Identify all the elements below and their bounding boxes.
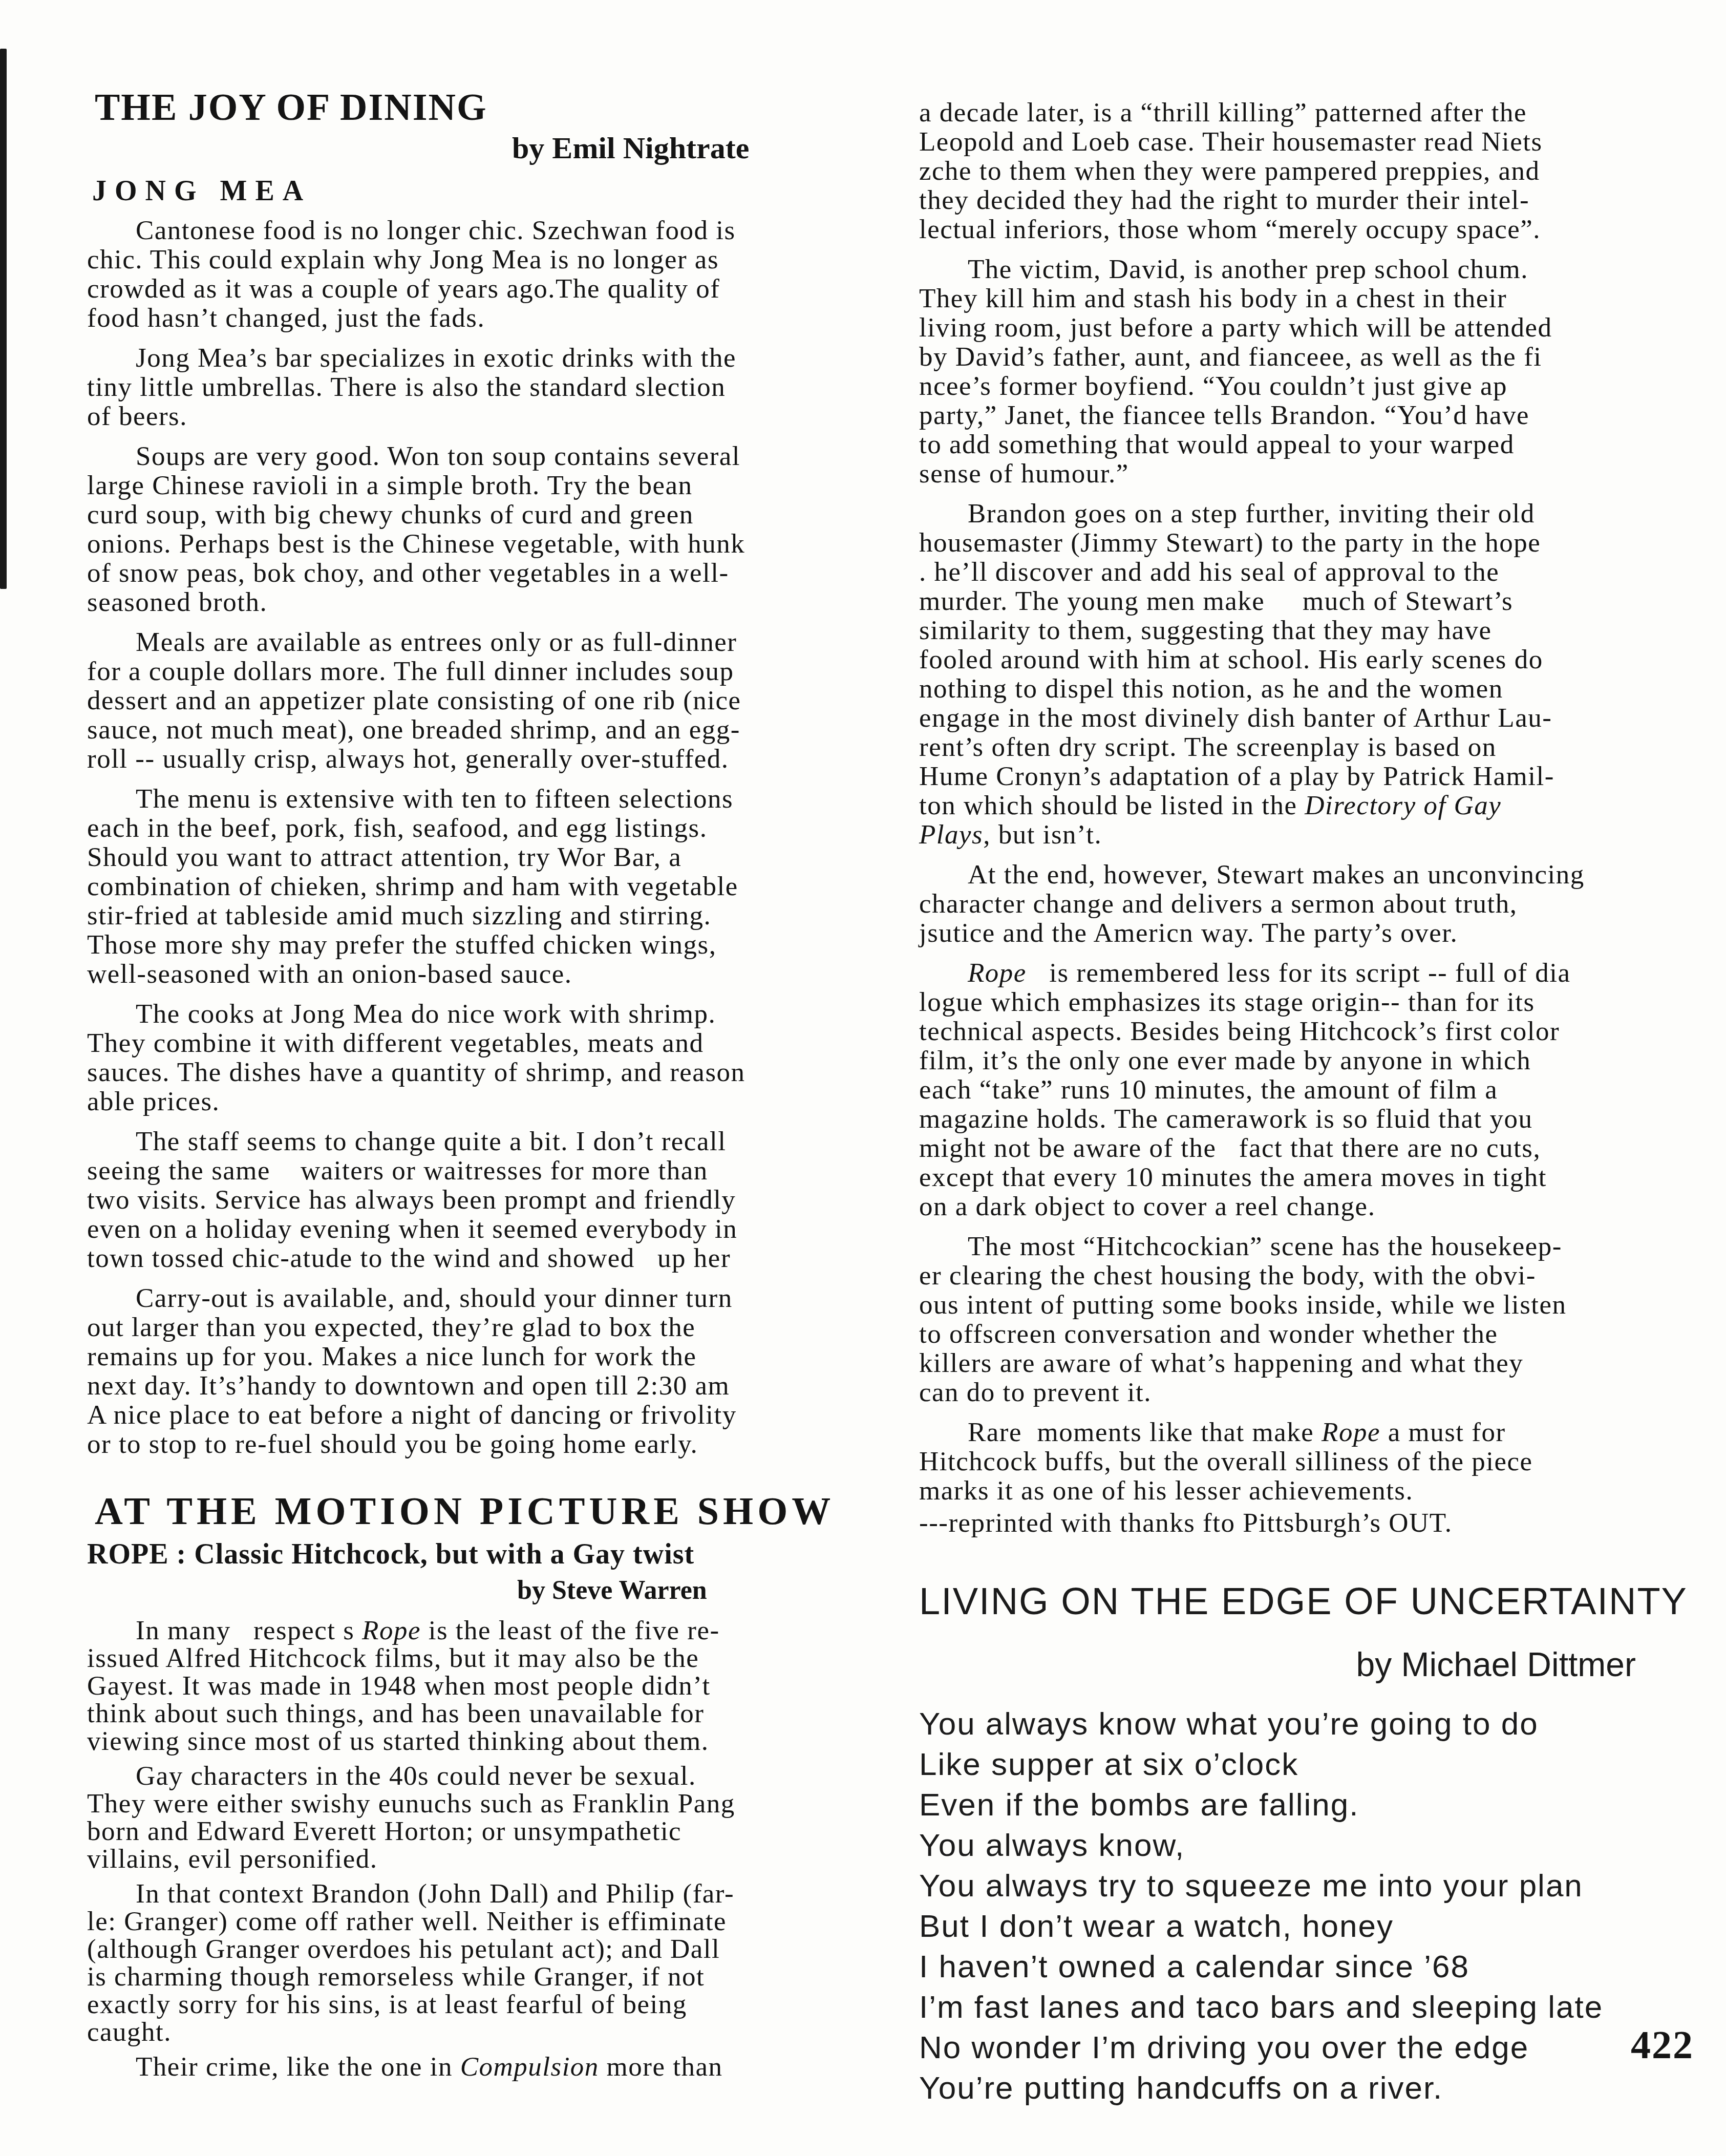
paragraph: Brandon goes on a step further, inviting… [919, 499, 1720, 850]
text-line: Their crime, like the one in Compulsion … [87, 2053, 888, 2081]
text-line: character change and delivers a sermon a… [919, 890, 1720, 919]
text-line: engage in the most divinely dish banter … [919, 704, 1720, 733]
text-line: ton which should be listed in the Direct… [919, 791, 1720, 820]
text-line: chic. This could explain why Jong Mea is… [87, 245, 888, 274]
paragraph: Cantonese food is no longer chic. Szechw… [87, 216, 888, 333]
text-line: except that every 10 minutes the amera m… [919, 1163, 1720, 1192]
text-line: film, it’s the only one ever made by any… [919, 1046, 1720, 1075]
text-line: able prices. [87, 1087, 888, 1116]
text-line: (although Granger overdoes his petulant … [87, 1935, 888, 1963]
text-line: tiny little umbrellas. There is also the… [87, 373, 888, 402]
article-body-joy-of-dining: Cantonese food is no longer chic. Szechw… [87, 216, 888, 1459]
text-line: food hasn’t changed, just the fads. [87, 304, 888, 333]
text-line: by David’s father, aunt, and fianceee, a… [919, 343, 1720, 372]
text-line: The cooks at Jong Mea do nice work with … [87, 1000, 888, 1029]
text-line: er clearing the chest housing the body, … [919, 1261, 1720, 1291]
text-line: Should you want to attract attention, tr… [87, 843, 888, 872]
text-line: dessert and an appetizer plate consistin… [87, 686, 888, 715]
text-line: seeing the same waiters or waitresses fo… [87, 1156, 888, 1186]
paragraph: Soups are very good. Won ton soup contai… [87, 442, 888, 617]
text-line: I’m fast lanes and taco bars and sleepin… [919, 1987, 1720, 2027]
text-line: . he’ll discover and add his seal of app… [919, 558, 1720, 587]
article-title-joy-of-dining: THE JOY OF DINING [95, 86, 888, 129]
text-line: No wonder I’m driving you over the edge [919, 2027, 1720, 2068]
text-line: Gay characters in the 40s could never be… [87, 1762, 888, 1790]
text-line: for a couple dollars more. The full dinn… [87, 657, 888, 686]
article-byline-emil-nightrate: by Emil Nightrate [512, 130, 888, 166]
text-line: rent’s often dry script. The screenplay … [919, 733, 1720, 762]
text-line: They combine it with different vegetable… [87, 1029, 888, 1058]
text-line: is charming though remorseless while Gra… [87, 1963, 888, 1991]
text-line: of beers. [87, 402, 888, 431]
right-column: a decade later, is a “thrill killing” pa… [919, 98, 1720, 2108]
text-line: le: Granger) come off rather well. Neith… [87, 1908, 888, 1935]
text-line: or to stop to re-fuel should you be goin… [87, 1430, 888, 1459]
text-line: You always try to squeeze me into your p… [919, 1866, 1720, 1906]
article-body-rope-review-continued: a decade later, is a “thrill killing” pa… [919, 98, 1720, 1506]
paragraph: In that context Brandon (John Dall) and … [87, 1880, 888, 2046]
paragraph: The most “Hitchcockian” scene has the ho… [919, 1232, 1720, 1407]
text-line: a decade later, is a “thrill killing” pa… [919, 98, 1720, 128]
text-line: ous intent of putting some books inside,… [919, 1291, 1720, 1320]
text-line: logue which emphasizes its stage origin-… [919, 988, 1720, 1017]
text-line: sauce, not much meat), one breaded shrim… [87, 715, 888, 745]
text-line: roll -- usually crisp, always hot, gener… [87, 745, 888, 774]
text-line: party,” Janet, the fiancee tells Brandon… [919, 401, 1720, 430]
scan-edge-artifact [0, 49, 7, 589]
text-line: born and Edward Everett Horton; or unsym… [87, 1817, 888, 1845]
text-line: issued Alfred Hitchcock films, but it ma… [87, 1644, 888, 1672]
text-line: killers are aware of what’s happening an… [919, 1349, 1720, 1378]
text-line: town tossed chic-atude to the wind and s… [87, 1244, 888, 1273]
text-line: they decided they had the right to murde… [919, 186, 1720, 215]
text-line: similarity to them, suggesting that they… [919, 616, 1720, 645]
text-line: magazine holds. The camerawork is so flu… [919, 1105, 1720, 1134]
text-line: In that context Brandon (John Dall) and … [87, 1880, 888, 1908]
text-line: Cantonese food is no longer chic. Szechw… [87, 216, 888, 245]
text-line: Like supper at six o’clock [919, 1744, 1720, 1785]
paragraph: Carry-out is available, and, should your… [87, 1284, 888, 1459]
text-line: But I don’t wear a watch, honey [919, 1906, 1720, 1947]
text-line: caught. [87, 2018, 888, 2046]
text-line: Gayest. It was made in 1948 when most pe… [87, 1672, 888, 1700]
text-line: of snow peas, bok choy, and other vegeta… [87, 559, 888, 588]
text-line: lectual inferiors, those whom “merely oc… [919, 215, 1720, 244]
article-body-rope-review: In many respect s Rope is the least of t… [87, 1617, 888, 2081]
text-line: Hitchcock buffs, but the overall silline… [919, 1447, 1720, 1476]
text-line: They kill him and stash his body in a ch… [919, 284, 1720, 313]
paragraph: Jong Mea’s bar specializes in exotic dri… [87, 344, 888, 431]
text-line: remains up for you. Makes a nice lunch f… [87, 1342, 888, 1371]
text-line: seasoned broth. [87, 588, 888, 617]
text-line: You’re putting handcuffs on a river. [919, 2068, 1720, 2108]
paragraph: Rope is remembered less for its script -… [919, 959, 1720, 1221]
text-line: The menu is extensive with ten to fiftee… [87, 785, 888, 814]
text-line: to add something that would appeal to yo… [919, 430, 1720, 459]
text-line: technical aspects. Besides being Hitchco… [919, 1017, 1720, 1046]
text-line: A nice place to eat before a night of da… [87, 1401, 888, 1430]
paragraph: Meals are available as entrees only or a… [87, 628, 888, 774]
text-line: Even if the bombs are falling. [919, 1785, 1720, 1825]
section-heading-jong-mea: JONG MEA [92, 174, 888, 208]
text-line: You always know what you’re going to do [919, 1704, 1720, 1744]
article-subtitle-rope-review: ROPE : Classic Hitchcock, but with a Gay… [87, 1538, 888, 1571]
text-line: zche to them when they were pampered pre… [919, 157, 1720, 186]
text-line: I haven’t owned a calendar since ’68 [919, 1947, 1720, 1987]
text-line: each in the beef, pork, fish, seafood, a… [87, 814, 888, 843]
text-line: Carry-out is available, and, should your… [87, 1284, 888, 1313]
text-line: sauces. The dishes have a quantity of sh… [87, 1058, 888, 1087]
text-line: villains, evil personified. [87, 1845, 888, 1873]
poem-byline-michael-dittmer: by Michael Dittmer [919, 1645, 1720, 1683]
text-line: to offscreen conversation and wonder whe… [919, 1320, 1720, 1349]
text-line: curd soup, with big chewy chunks of curd… [87, 500, 888, 530]
text-line: marks it as one of his lesser achievemen… [919, 1476, 1720, 1506]
text-line: fooled around with him at school. His ea… [919, 645, 1720, 674]
text-line: You always know, [919, 1825, 1720, 1866]
reprint-attribution: ---reprinted with thanks fto Pittsburgh’… [919, 1509, 1720, 1538]
text-line: nothing to dispel this notion, as he and… [919, 674, 1720, 704]
text-line: sense of humour.” [919, 459, 1720, 489]
text-line: Brandon goes on a step further, inviting… [919, 499, 1720, 529]
poem-title-living-on-the-edge: LIVING ON THE EDGE OF UNCERTAINTY [919, 1578, 1720, 1625]
text-line: well-seasoned with an onion-based sauce. [87, 960, 888, 989]
text-line: each “take” runs 10 minutes, the amount … [919, 1075, 1720, 1105]
text-line: large Chinese ravioli in a simple broth.… [87, 471, 888, 500]
text-line: combination of chieken, shrimp and ham w… [87, 872, 888, 901]
text-line: even on a holiday evening when it seemed… [87, 1215, 888, 1244]
text-line: Jong Mea’s bar specializes in exotic dri… [87, 344, 888, 373]
text-line: Soups are very good. Won ton soup contai… [87, 442, 888, 471]
scanned-page: THE JOY OF DINING by Emil Nightrate JONG… [0, 0, 1726, 2156]
left-column: THE JOY OF DINING by Emil Nightrate JONG… [87, 86, 888, 2081]
paragraph: The menu is extensive with ten to fiftee… [87, 785, 888, 989]
poem-body: You always know what you’re going to doL… [919, 1704, 1720, 2108]
paragraph: In many respect s Rope is the least of t… [87, 1617, 888, 1755]
text-line: jsutice and the Americn way. The party’s… [919, 919, 1720, 948]
text-line: The most “Hitchcockian” scene has the ho… [919, 1232, 1720, 1261]
article-title-motion-picture-show: AT THE MOTION PICTURE SHOW [95, 1489, 888, 1534]
paragraph: The victim, David, is another prep schoo… [919, 255, 1720, 489]
paragraph: At the end, however, Stewart makes an un… [919, 860, 1720, 948]
text-line: The staff seems to change quite a bit. I… [87, 1127, 888, 1156]
text-line: living room, just before a party which w… [919, 313, 1720, 343]
text-line: Meals are available as entrees only or a… [87, 628, 888, 657]
text-line: next day. It’s’handy to downtown and ope… [87, 1371, 888, 1401]
text-line: stir-fried at tableside amid much sizzli… [87, 901, 888, 931]
text-line: Those more shy may prefer the stuffed ch… [87, 931, 888, 960]
paragraph: a decade later, is a “thrill killing” pa… [919, 98, 1720, 244]
paragraph: Rare moments like that make Rope a must … [919, 1418, 1720, 1506]
text-line: Hume Cronyn’s adaptation of a play by Pa… [919, 762, 1720, 791]
page-number: 422 [1631, 2022, 1694, 2068]
text-line: might not be aware of the fact that ther… [919, 1134, 1720, 1163]
text-line: can do to prevent it. [919, 1378, 1720, 1407]
text-line: housemaster (Jimmy Stewart) to the party… [919, 529, 1720, 558]
paragraph: The staff seems to change quite a bit. I… [87, 1127, 888, 1273]
text-line: Leopold and Loeb case. Their housemaster… [919, 128, 1720, 157]
text-line: out larger than you expected, they’re gl… [87, 1313, 888, 1342]
paragraph: Gay characters in the 40s could never be… [87, 1762, 888, 1873]
paragraph: The cooks at Jong Mea do nice work with … [87, 1000, 888, 1116]
article-byline-steve-warren: by Steve Warren [517, 1576, 888, 1605]
text-line: In many respect s Rope is the least of t… [87, 1617, 888, 1644]
text-line: ncee’s former boyfiend. “You couldn’t ju… [919, 372, 1720, 401]
text-line: on a dark object to cover a reel change. [919, 1192, 1720, 1221]
text-line: two visits. Service has always been prom… [87, 1186, 888, 1215]
text-line: Plays, but isn’t. [919, 820, 1720, 850]
text-line: onions. Perhaps best is the Chinese vege… [87, 530, 888, 559]
text-line: The victim, David, is another prep schoo… [919, 255, 1720, 284]
text-line: murder. The young men make much of Stewa… [919, 587, 1720, 616]
text-line: Rare moments like that make Rope a must … [919, 1418, 1720, 1447]
text-line: At the end, however, Stewart makes an un… [919, 860, 1720, 890]
text-line: exactly sorry for his sins, is at least … [87, 1991, 888, 2018]
paragraph: Their crime, like the one in Compulsion … [87, 2053, 888, 2081]
text-line: viewing since most of us started thinkin… [87, 1727, 888, 1755]
text-line: crowded as it was a couple of years ago.… [87, 274, 888, 304]
text-line: Rope is remembered less for its script -… [919, 959, 1720, 988]
text-line: They were either swishy eunuchs such as … [87, 1790, 888, 1817]
text-line: think about such things, and has been un… [87, 1700, 888, 1727]
